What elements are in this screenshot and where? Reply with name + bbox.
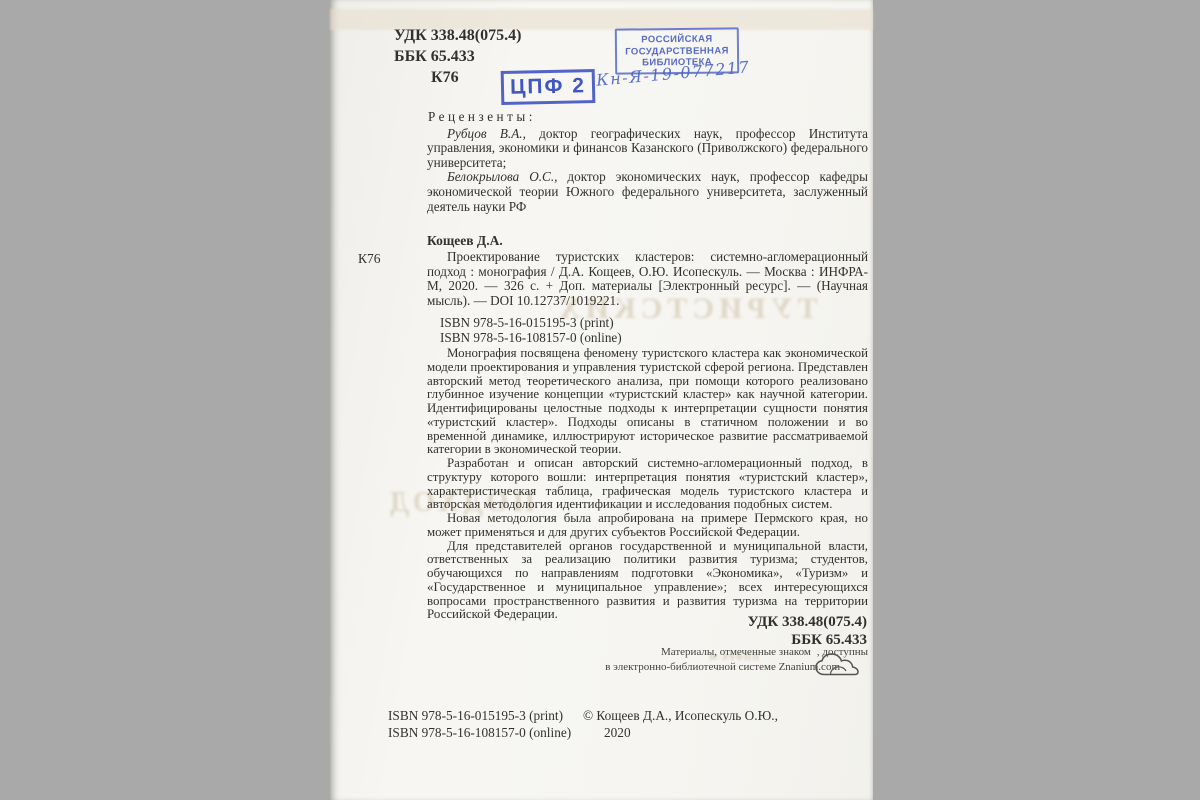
- isbn-online: ISBN 978-5-16-108157-0 (online): [388, 725, 571, 742]
- reviewer-name: Белокрылова О.С.,: [447, 169, 557, 184]
- reviewer-entry: Рубцов В.А., доктор географических наук,…: [427, 127, 868, 171]
- library-stamp-line: ГОСУДАРСТВЕННАЯ: [617, 45, 737, 58]
- reviewer-name: Рубцов В.А.,: [447, 126, 526, 141]
- copyright-notice: © Кощеев Д.А., Исопескуль О.Ю., 2020: [583, 708, 778, 741]
- reviewers-section: Рецензенты: Рубцов В.А., доктор географи…: [427, 110, 868, 214]
- scanner-background: ТУРИСТСКИХ ПОДХОД ИНФРА-М УДК 338.48(075…: [0, 0, 1200, 800]
- bbk-code: ББК 65.433: [394, 46, 521, 67]
- footer-isbn-block: ISBN 978-5-16-015195-3 (print) ISBN 978-…: [388, 708, 571, 741]
- annotation-paragraph: Монография посвящена феномену туристског…: [427, 347, 868, 457]
- copyright-year: 2020: [583, 725, 778, 742]
- author-name: Кощеев Д.А.: [427, 233, 503, 249]
- isbn-print: ISBN 978-5-16-015195-3 (print): [440, 315, 622, 330]
- copyright-holders: © Кощеев Д.А., Исопескуль О.Ю.,: [583, 708, 778, 725]
- margin-author-sign: К76: [358, 251, 381, 267]
- isbn-print: ISBN 978-5-16-015195-3 (print): [388, 708, 571, 725]
- reviewer-entry: Белокрылова О.С., доктор экономических н…: [427, 170, 868, 214]
- udk-code: УДК 338.48(075.4): [748, 614, 867, 632]
- annotation: Монография посвящена феномену туристског…: [427, 347, 868, 622]
- book-imprint-page: ТУРИСТСКИХ ПОДХОД ИНФРА-М УДК 338.48(075…: [330, 0, 873, 800]
- reviewers-heading: Рецензенты:: [428, 110, 868, 125]
- isbn-block: ISBN 978-5-16-015195-3 (print) ISBN 978-…: [440, 315, 622, 345]
- annotation-paragraph: Для представителей органов государственн…: [427, 540, 868, 623]
- classification-codes-bottom: УДК 338.48(075.4) ББК 65.433: [748, 614, 867, 649]
- udk-code: УДК 338.48(075.4): [394, 25, 521, 46]
- annotation-paragraph: Новая методология была апробирована на п…: [427, 512, 868, 540]
- annotation-paragraph: Разработан и описан авторский системно-а…: [427, 457, 868, 512]
- bibliographic-description: Проектирование туристских кластеров: сис…: [427, 250, 868, 308]
- znanium-note-prefix: Материалы, отмеченные знаком: [661, 645, 811, 659]
- znanium-note: Материалы, отмеченные знаком , доступны …: [605, 645, 868, 674]
- cpf-stamp: ЦПФ 2: [501, 69, 596, 105]
- isbn-online: ISBN 978-5-16-108157-0 (online): [440, 330, 622, 345]
- znanium-note-line1: Материалы, отмеченные знаком , доступны: [605, 645, 868, 659]
